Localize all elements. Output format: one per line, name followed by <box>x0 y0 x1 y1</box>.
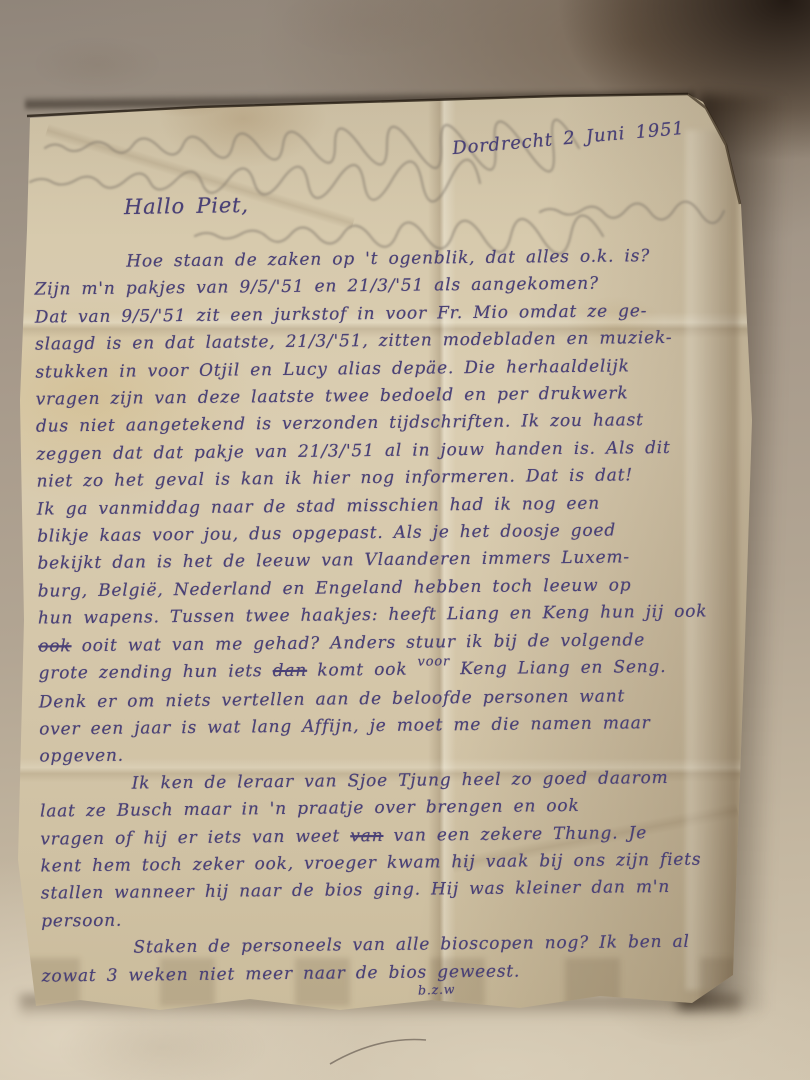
line-text: komt ook <box>307 660 418 681</box>
letter-body: Hoe staan de zaken op 't ogenblik, dat a… <box>34 242 722 990</box>
line-text: niet zo het geval is kan ik hier nog inf… <box>36 466 633 492</box>
line-text: kent hem toch zeker ook, vroeger kwam hi… <box>40 850 701 877</box>
inserted-word: voor <box>417 648 450 676</box>
line-text: blikje kaas voor jou, dus opgepast. Als … <box>37 521 616 547</box>
line-text: vragen zijn van deze laatste twee bedoel… <box>36 383 629 409</box>
struck-word: dan <box>273 661 308 681</box>
line-text: Ik ken de leraar van Sjoe Tjung heel zo … <box>132 768 669 794</box>
line-text: Staken de personeels van alle bioscopen … <box>133 932 689 958</box>
line-text: Zijn m'n pakjes van 9/5/'51 en 21/3/'51 … <box>34 274 599 300</box>
line-text: hun wapens. Tussen twee haakjes: heeft L… <box>38 602 708 629</box>
line-text: zeggen dat dat pakje van 21/3/'51 al in … <box>36 438 671 465</box>
line-text: Denk er om niets vertellen aan de beloof… <box>39 686 625 712</box>
line-text: Keng Liang en Seng. <box>450 657 667 679</box>
line-text: van een zekere Thung. Je <box>383 823 647 846</box>
line-text: opgeven. <box>39 746 124 767</box>
line-text: stallen wanneer hij naar de bios ging. H… <box>41 877 670 904</box>
line-text: burg, België, Nederland en Engeland hebb… <box>38 575 632 601</box>
line-text: ooit wat van me gehad? Anders stuur ik b… <box>71 630 645 656</box>
line-text: over een jaar is wat lang Affijn, je moe… <box>39 713 651 739</box>
line-text: persoon. <box>41 910 122 931</box>
struck-word: van <box>350 825 383 845</box>
photo-of-letter: { "scene": { "description": "Photograph … <box>0 0 810 1080</box>
line-text: grote zending hun iets <box>38 661 272 683</box>
line-text: laat ze Busch maar in 'n praatje over br… <box>40 796 580 822</box>
note-below-signoff: b.z.w <box>418 981 456 997</box>
line-text: Ik ga vanmiddag naar de stad misschien h… <box>37 493 600 519</box>
greeting: Hallo Piet, <box>124 193 249 219</box>
line-text: vragen of hij er iets van weet <box>40 826 350 849</box>
struck-word: ook <box>38 636 71 656</box>
line-text: dus niet aangetekend is verzonden tijdsc… <box>36 411 644 437</box>
line-text: Dat van 9/5/'51 zit een jurkstof in voor… <box>35 301 648 327</box>
line-text: stukken in voor Otjil en Lucy alias depä… <box>35 356 629 382</box>
line-text: slaagd is en dat laatste, 21/3/'51, zitt… <box>35 328 672 355</box>
line-text: Hoe staan de zaken op 't ogenblik, dat a… <box>126 246 650 271</box>
line-text: bekijkt dan is het de leeuw van Vlaander… <box>37 548 630 574</box>
